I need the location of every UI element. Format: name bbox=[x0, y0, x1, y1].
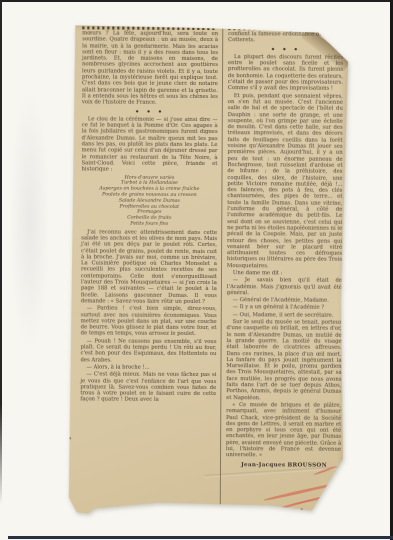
left-column: mœurs ? La fête, aujourd'hui, sera toute… bbox=[80, 26, 219, 522]
section-separator-dots: • • • bbox=[82, 108, 218, 115]
banquet-menu: Hors-d'œuvre variés Turbot à la Hollanda… bbox=[81, 175, 217, 228]
paragraph: Le clou de la cérémonie — si j'ose ainsi… bbox=[82, 116, 218, 173]
paragraph: « Ce musée de briques et de plâtre, rema… bbox=[226, 402, 341, 459]
paragraph: Une dame me dit : bbox=[227, 270, 342, 277]
paragraph: — Il y a un général à l'Académie ? bbox=[227, 305, 342, 312]
clipping-paper: mœurs ? La fête, aujourd'hui, sera toute… bbox=[55, 21, 352, 523]
paragraph: — Général de l'Académie, Madame. bbox=[227, 297, 342, 304]
paper-speck bbox=[301, 509, 303, 511]
paragraph-cut-fragment: confient la fameuse ordonnance de Viller… bbox=[228, 31, 343, 44]
paper-speck bbox=[69, 437, 71, 439]
scan-border-left bbox=[0, 0, 2, 505]
paragraph: J'ai reconnu avec attendrissement dans c… bbox=[81, 229, 217, 305]
paragraph: — Je savais bien qu'il était de l'Académ… bbox=[227, 277, 342, 296]
right-column: confient la fameuse ordonnance de Viller… bbox=[220, 27, 344, 523]
paragraph: La plupart des discours furent récités e… bbox=[228, 54, 343, 92]
article-body: mœurs ? La fête, aujourd'hui, sera toute… bbox=[55, 21, 352, 523]
section-separator-dots: • • • bbox=[228, 46, 343, 53]
paragraph: mœurs ? La fête, aujourd'hui, sera toute… bbox=[82, 30, 218, 106]
menu-item: Petits fours fins bbox=[81, 221, 217, 228]
scan-border-top bbox=[0, 0, 393, 2]
scanner-shadow bbox=[10, 90, 50, 350]
newspaper-clipping: mœurs ? La fête, aujourd'hui, sera toute… bbox=[55, 21, 352, 523]
paragraph: — Oui, Madame, il sert de secrétaire. bbox=[227, 312, 342, 319]
paragraph: — Pardieu ! c'est bien simple, direz-vou… bbox=[81, 306, 217, 338]
scanned-page: mœurs ? La fête, aujourd'hui, sera toute… bbox=[0, 0, 393, 540]
paragraph: Et puis, pendant que sonnaient vêpres, o… bbox=[227, 93, 343, 270]
cut-line-fragment bbox=[228, 27, 341, 31]
paragraph: Sur le seuil du musée se tenait, porteur… bbox=[226, 319, 342, 401]
paragraph: — Alors, à la broche !... bbox=[80, 364, 216, 371]
scan-border-bottom bbox=[8, 536, 393, 539]
author-signature: Jean-Jacques BROUSSON bbox=[226, 462, 341, 469]
paragraph: — C'est déjà mieux. Mais ne vous fâchez … bbox=[80, 372, 216, 404]
paragraph: — Pouah ! Ne causons pas ensemble, s'il … bbox=[81, 338, 217, 364]
